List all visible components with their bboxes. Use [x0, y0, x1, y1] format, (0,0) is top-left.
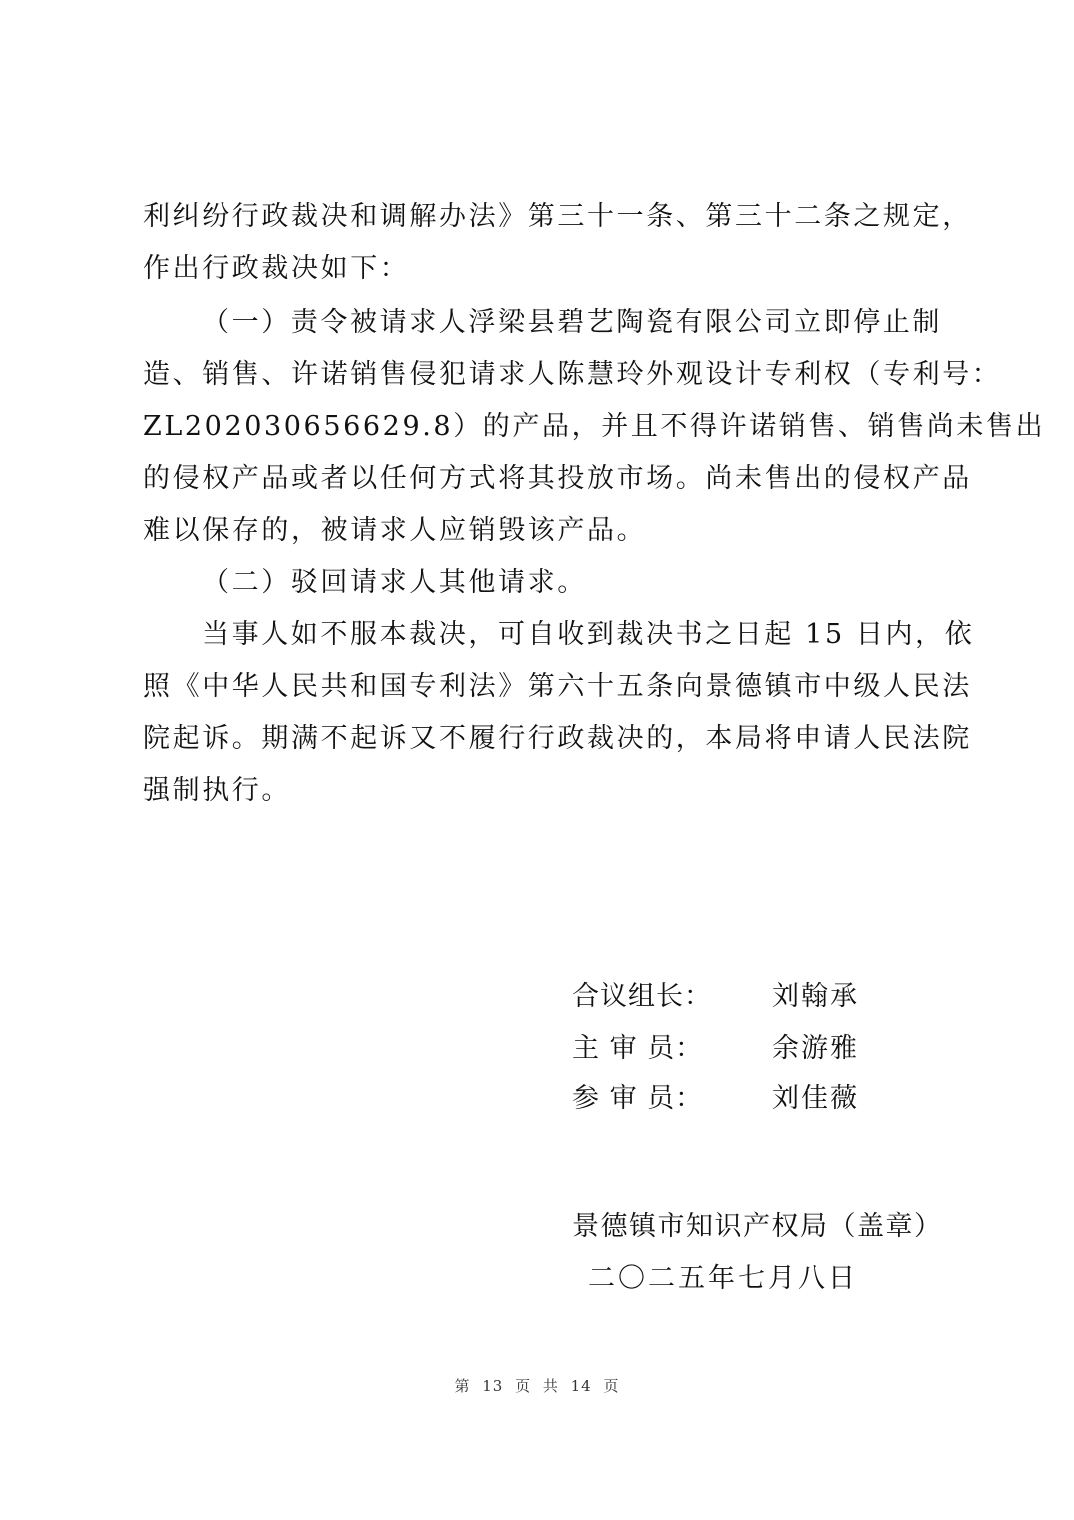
- signature-row-member: 参 审 员：刘佳薇: [572, 1082, 859, 1116]
- body-line: 院起诉。期满不起诉又不履行行政裁决的，本局将申请人民法院: [143, 722, 943, 756]
- body-line: 的侵权产品或者以任何方式将其投放市场。尚未售出的侵权产品: [143, 462, 943, 496]
- body-line: ZL202030656629.8）的产品，并且不得许诺销售、销售尚未售出: [143, 410, 943, 444]
- issuing-authority: 景德镇市知识产权局（盖章）: [572, 1210, 943, 1244]
- signature-name: 刘翰承: [772, 980, 859, 1014]
- body-line: 利纠纷行政裁决和调解办法》第三十一条、第三十二条之规定，: [143, 200, 943, 234]
- body-line: 造、销售、许诺销售侵犯请求人陈慧玲外观设计专利权（专利号：: [143, 358, 943, 392]
- body-line: 强制执行。: [143, 774, 943, 808]
- signature-row-chief: 合议组长：刘翰承: [572, 980, 859, 1014]
- signature-row-lead: 主 审 员：余游雅: [572, 1032, 859, 1066]
- signature-name: 刘佳薇: [772, 1082, 859, 1116]
- signature-label: 合议组长：: [572, 980, 772, 1014]
- ruling-item-1: （一）责令被请求人浮梁县碧艺陶瓷有限公司立即停止制: [202, 306, 943, 340]
- ruling-item-2: （二）驳回请求人其他请求。: [202, 566, 943, 600]
- signature-label: 参 审 员：: [572, 1082, 772, 1116]
- body-line: 作出行政裁决如下：: [143, 252, 943, 286]
- signature-name: 余游雅: [772, 1032, 859, 1066]
- appeal-notice: 当事人如不服本裁决，可自收到裁决书之日起 15 日内，依: [202, 618, 943, 652]
- body-line: 照《中华人民共和国专利法》第六十五条向景德镇市中级人民法: [143, 670, 943, 704]
- signature-label: 主 审 员：: [572, 1032, 772, 1066]
- body-line: 难以保存的，被请求人应销毁该产品。: [143, 514, 943, 548]
- page-number: 第 13 页 共 14 页: [0, 1375, 1074, 1396]
- issue-date: 二〇二五年七月八日: [588, 1262, 858, 1296]
